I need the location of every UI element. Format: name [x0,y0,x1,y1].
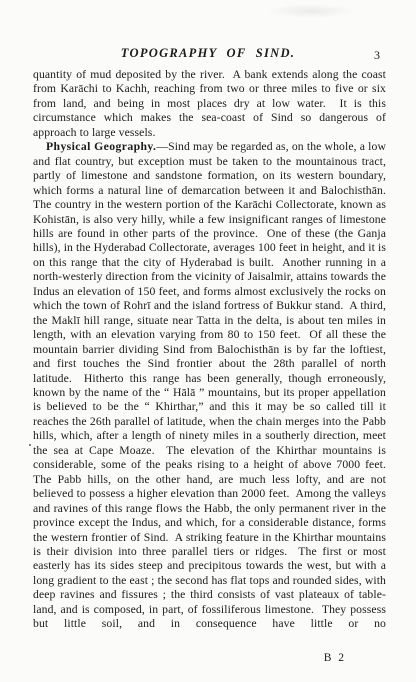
book-page: TOPOGRAPHY OF SIND. 3 quantity of mud de… [0,0,416,682]
paragraph-physical-geography: Physical Geography.—Sind may be regarded… [33,140,386,631]
printers-signature-mark: B 2 [324,652,346,664]
scan-artifact-dot [29,444,31,446]
paragraph-continuation: quantity of mud deposited by the river. … [33,68,386,140]
running-head-title: TOPOGRAPHY OF SIND. [0,46,416,61]
paragraph-body-text: —Sind may be regarded as, on the whole, … [33,140,392,630]
page-number: 3 [374,48,380,63]
page-body: quantity of mud deposited by the river. … [33,68,386,632]
paragraph-lead-heading: Physical Geography. [46,140,156,153]
